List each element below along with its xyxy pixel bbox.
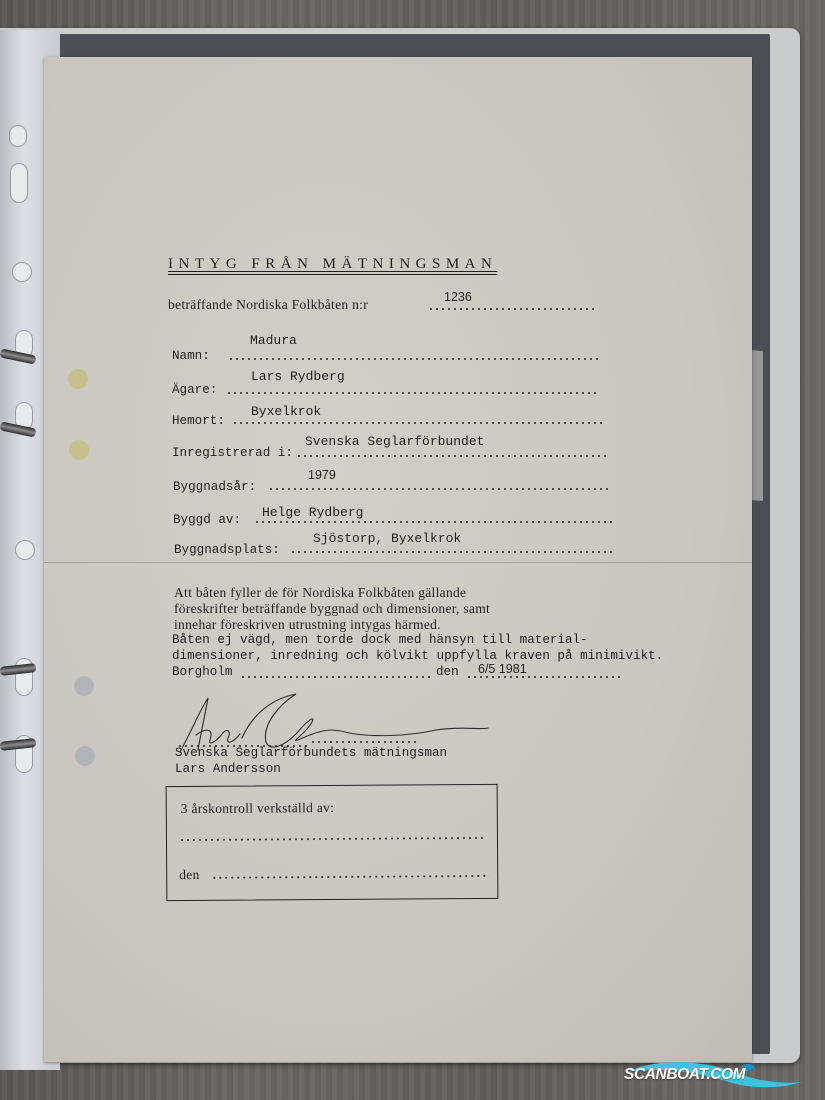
dotted-line bbox=[466, 676, 620, 678]
field-value-built-by: Helge Rydberg bbox=[262, 505, 363, 520]
dotted-line bbox=[268, 488, 610, 490]
field-label-build-place: Byggnadsplats: bbox=[174, 543, 280, 557]
certificate-content: INTYG FRÅN MÄTNINGSMAN beträffande Nordi… bbox=[0, 0, 825, 1100]
dotted-line bbox=[296, 455, 608, 457]
field-value-registered: Svenska Seglarförbundet bbox=[305, 434, 484, 449]
document-title: INTYG FRÅN MÄTNINGSMAN bbox=[168, 256, 497, 273]
statement-line-3: innehar föreskriven utrustning intygas h… bbox=[174, 617, 441, 633]
watermark-text: SCANBOAT.COM bbox=[624, 1066, 745, 1084]
note-line-2: dimensioner, inredning och kölvikt uppfy… bbox=[172, 649, 663, 663]
field-label-name: Namn: bbox=[172, 349, 210, 363]
field-value-build-place: Sjöstorp, Byxelkrok bbox=[313, 531, 461, 546]
place: Borgholm bbox=[172, 665, 232, 679]
dotted-line bbox=[240, 676, 430, 678]
date-label: den bbox=[436, 665, 459, 679]
signer-name: Lars Andersson bbox=[175, 762, 281, 776]
statement-line-1: Att båten fyller de för Nordiska Folkbåt… bbox=[174, 585, 466, 601]
dotted-line bbox=[232, 422, 606, 424]
dotted-line bbox=[228, 358, 600, 360]
inspection-box: 3 årskontroll verkställd av: den bbox=[166, 784, 499, 901]
issue-date: 6/5 1981 bbox=[478, 662, 527, 676]
note-line-1: Båten ej vägd, men torde dock med hänsyn… bbox=[172, 633, 588, 647]
dotted-line bbox=[226, 392, 600, 394]
dotted-line bbox=[428, 308, 598, 310]
signer-title: Svenska Seglarförbundets mätningsman bbox=[175, 746, 447, 760]
inspection-heading: 3 årskontroll verkställd av: bbox=[181, 800, 335, 817]
signature-line bbox=[310, 741, 420, 743]
field-label-build-year: Byggnadsår: bbox=[173, 480, 256, 494]
inspection-signature-line[interactable] bbox=[179, 837, 487, 841]
field-value-home-port: Byxelkrok bbox=[251, 404, 321, 419]
field-value-build-year: 1979 bbox=[308, 468, 336, 482]
field-value-name: Madura bbox=[250, 333, 297, 348]
field-label-built-by: Byggd av: bbox=[173, 513, 241, 527]
field-label-owner: Ägare: bbox=[172, 383, 217, 397]
dotted-line bbox=[290, 551, 616, 553]
boat-number-label: beträffande Nordiska Folkbåten n:r bbox=[168, 297, 368, 313]
statement-line-2: föreskrifter beträffande byggnad och dim… bbox=[174, 601, 490, 617]
boat-number-value: 1236 bbox=[444, 290, 472, 304]
field-value-owner: Lars Rydberg bbox=[251, 369, 345, 384]
inspection-date-label: den bbox=[179, 867, 200, 883]
inspection-date-line[interactable] bbox=[211, 875, 489, 879]
field-label-registered: Inregistrerad i: bbox=[172, 446, 293, 460]
scanboat-logo: SCANBOAT.COM bbox=[624, 1058, 804, 1094]
dotted-line bbox=[254, 521, 614, 523]
field-label-home-port: Hemort: bbox=[172, 414, 225, 428]
